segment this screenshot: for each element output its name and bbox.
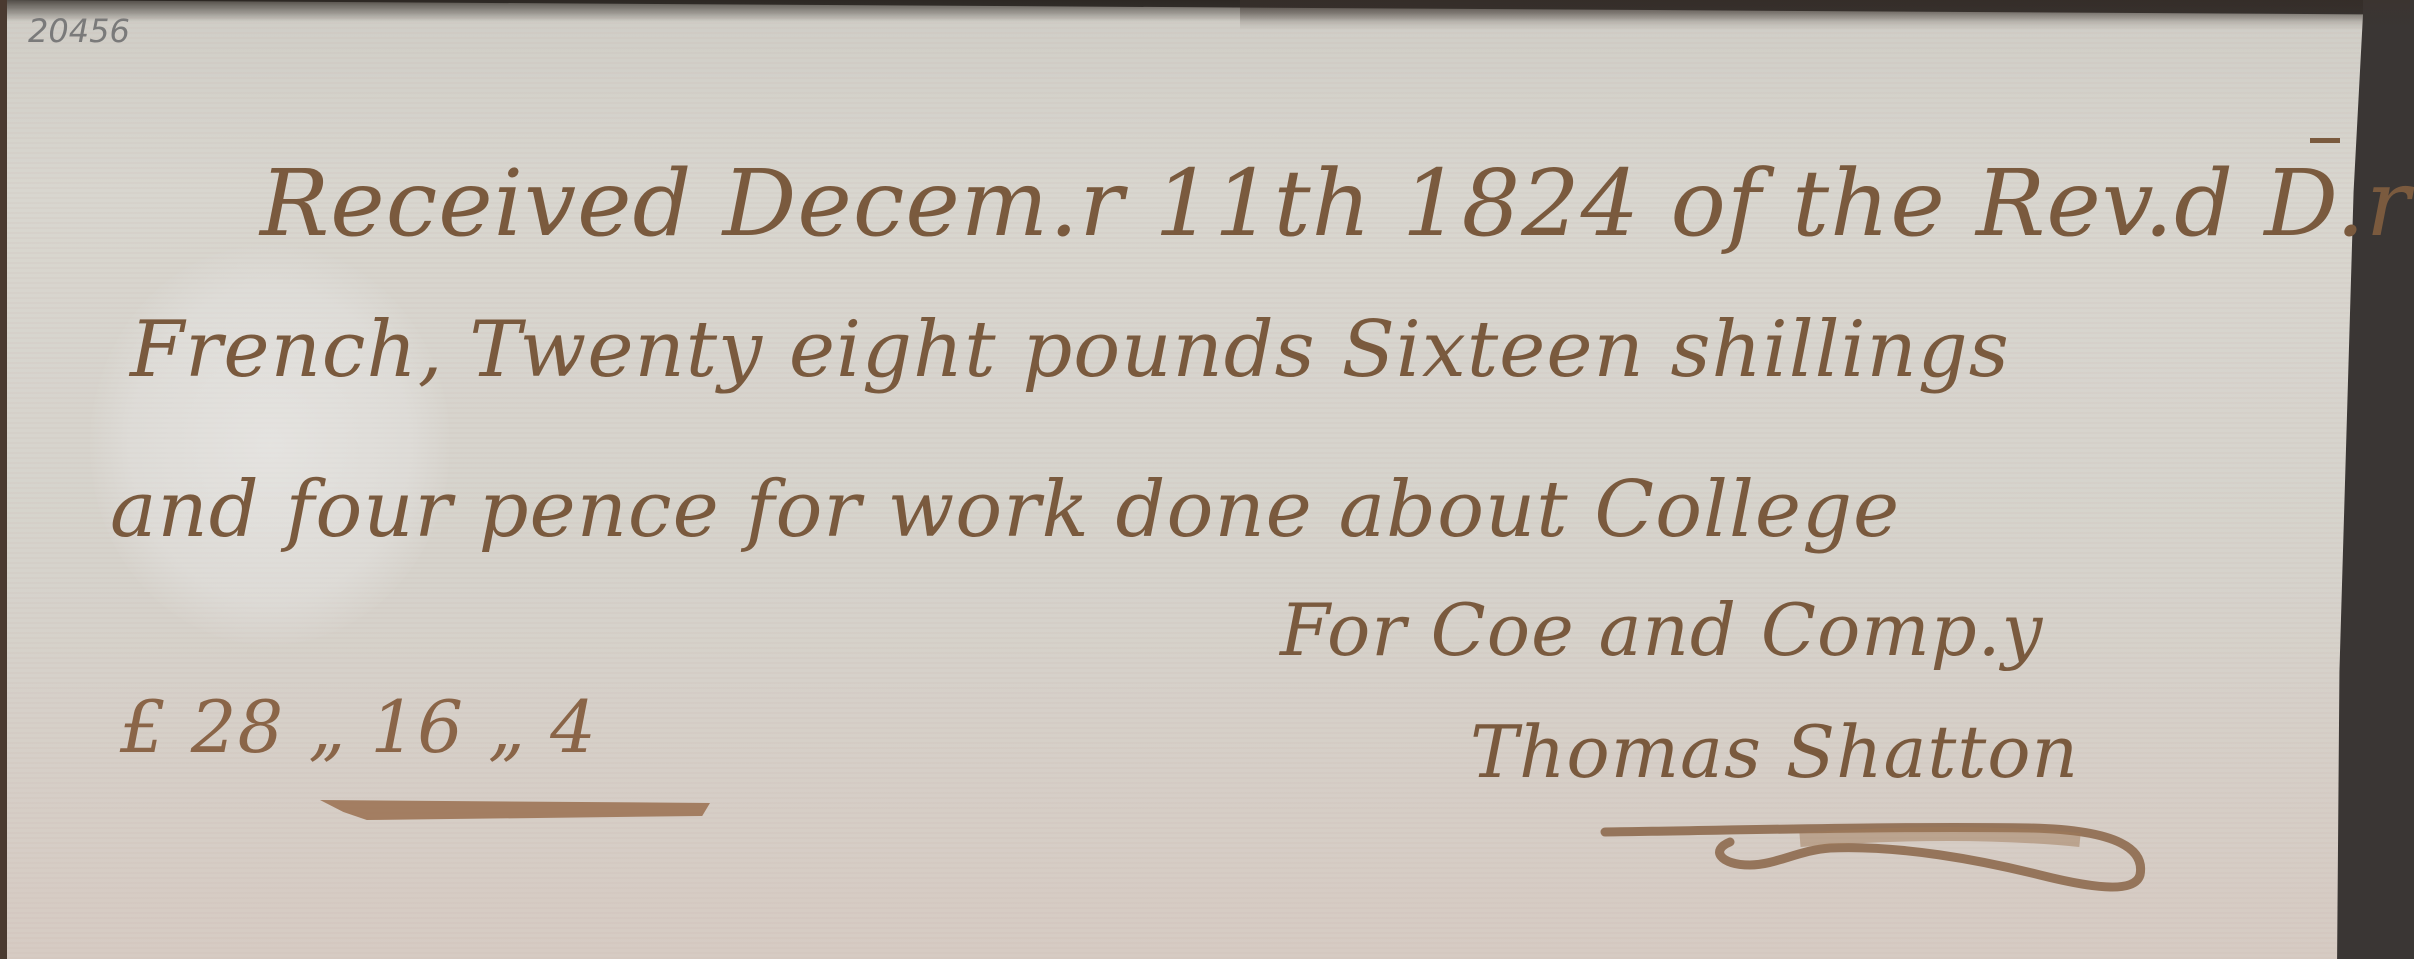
signature-flourish-icon [1600,820,2170,900]
scan-left-edge [0,0,7,959]
abbreviation-mark [2310,138,2340,143]
amount-figure: £ 28 „ 16 „ 4 [120,685,597,769]
signature: Thomas Shatton [1470,710,2079,794]
paper-top-right-shadow [1240,0,2410,30]
receipt-line-received: Received Decem.r 11th 1824 of the Rev.d … [260,150,2411,257]
receipt-line-sum: French, Twenty eight pounds Sixteen shil… [130,305,2010,395]
receipt-line-purpose: and four pence for work done about Colle… [110,465,1900,555]
receipt-line-company: For Coe and Comp.y [1280,588,2043,672]
pencil-catalog-number: 20456 [28,12,130,50]
